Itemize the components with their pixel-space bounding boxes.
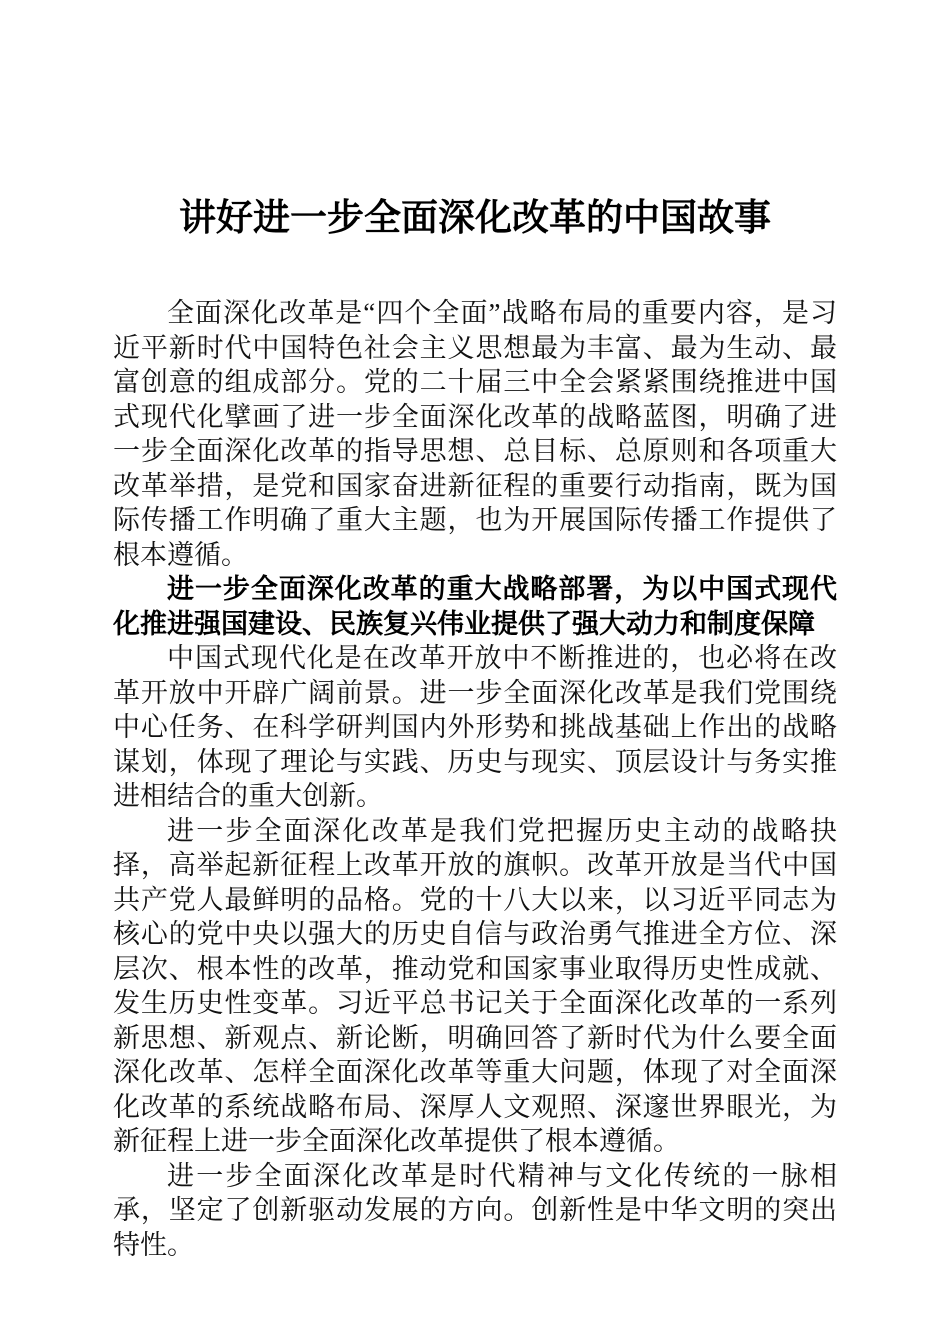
document-body: 全面深化改革是“四个全面”战略布局的重要内容，是习近平新时代中国特色社会主义思想… [113, 296, 837, 1262]
document-content: 讲好进一步全面深化改革的中国故事 全面深化改革是“四个全面”战略布局的重要内容，… [113, 0, 837, 1262]
paragraph-intro: 全面深化改革是“四个全面”战略布局的重要内容，是习近平新时代中国特色社会主义思想… [113, 296, 837, 572]
paragraph-cultural-tradition: 进一步全面深化改革是时代精神与文化传统的一脉相承，坚定了创新驱动发展的方向。创新… [113, 1159, 837, 1263]
document-title: 讲好进一步全面深化改革的中国故事 [113, 197, 837, 241]
section-heading: 进一步全面深化改革的重大战略部署，为以中国式现代化推进强国建设、民族复兴伟业提供… [113, 572, 837, 641]
document-page: 讲好进一步全面深化改革的中国故事 全面深化改革是“四个全面”战略布局的重要内容，… [0, 0, 950, 1344]
paragraph-modernization: 中国式现代化是在改革开放中不断推进的，也必将在改革开放中开辟广阔前景。进一步全面… [113, 641, 837, 814]
paragraph-strategic-choice: 进一步全面深化改革是我们党把握历史主动的战略抉择，高举起新征程上改革开放的旗帜。… [113, 814, 837, 1159]
